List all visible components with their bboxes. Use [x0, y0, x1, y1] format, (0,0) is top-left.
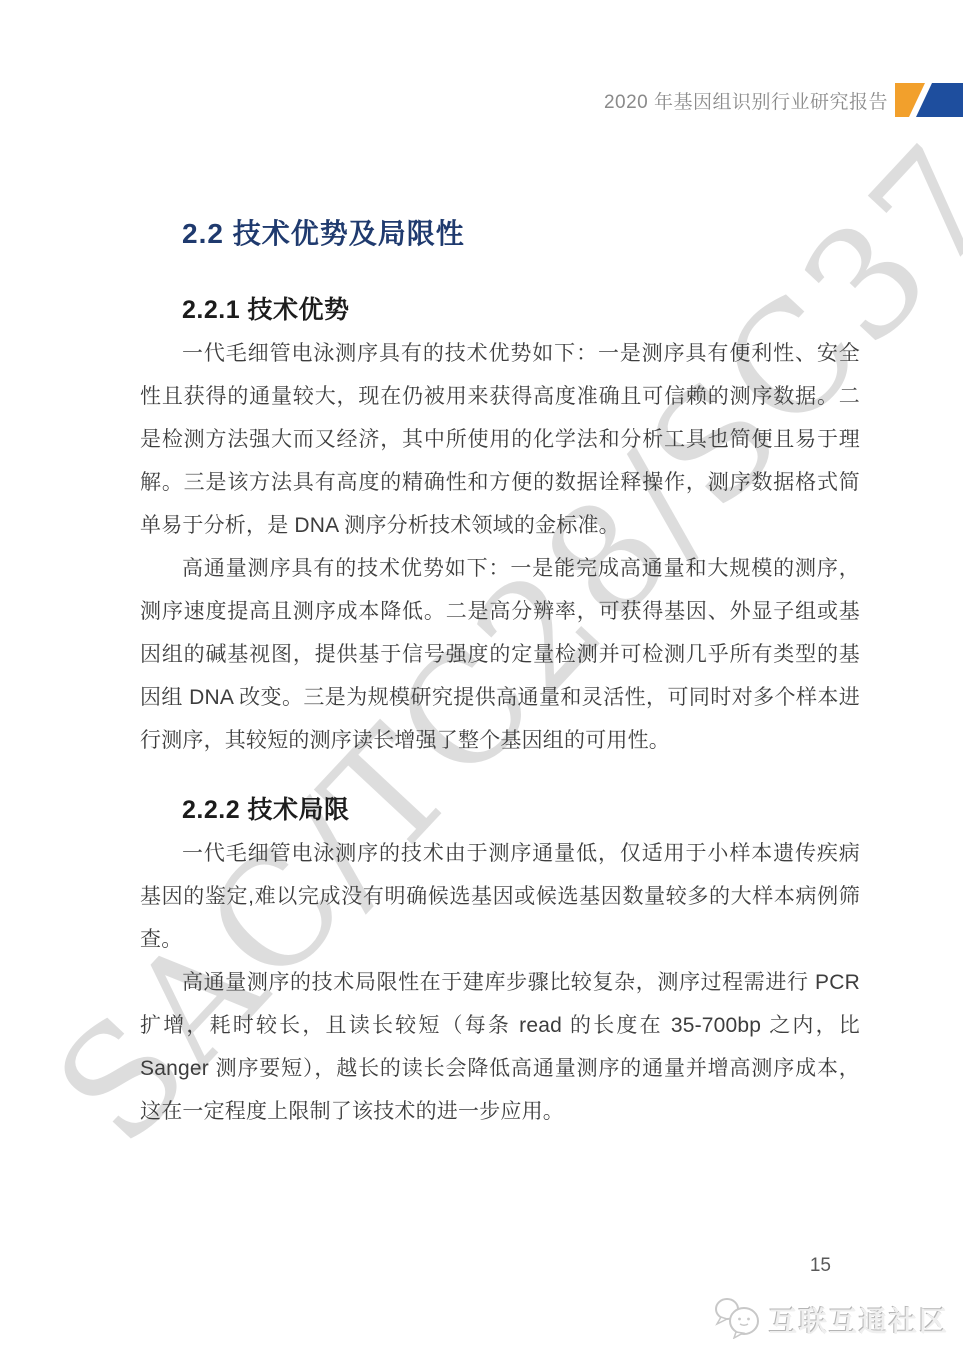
- subsection-title-limitations: 2.2.2 技术局限: [182, 794, 860, 826]
- corner-flag-icon: [895, 82, 963, 118]
- header-title: 2020 年基因组识别行业研究报告: [604, 87, 888, 114]
- page-header: 2020 年基因组识别行业研究报告: [0, 80, 963, 120]
- paragraph: 一代毛细管电泳测序具有的技术优势如下：一是测序具有便利性、安全性且获得的通量较大…: [140, 332, 860, 547]
- paragraph: 高通量测序的技术局限性在于建库步骤比较复杂，测序过程需进行 PCR 扩增，耗时较…: [140, 961, 860, 1133]
- footer-logo: 互联互通社区: [713, 1295, 949, 1344]
- document-page: SAC/TC28/SC37 2020 年基因组识别行业研究报告 2.2 技术优势…: [0, 0, 963, 1360]
- subsection-title-advantages: 2.2.1 技术优势: [182, 294, 860, 326]
- paragraph: 高通量测序具有的技术优势如下：一是能完成高通量和大规模的测序，测序速度提高且测序…: [140, 547, 860, 762]
- document-body: 2.2 技术优势及局限性 2.2.1 技术优势 一代毛细管电泳测序具有的技术优势…: [140, 0, 860, 1133]
- footer-logo-text: 互联互通社区: [769, 1300, 949, 1340]
- paragraph: 一代毛细管电泳测序的技术由于测序通量低，仅适用于小样本遗传疾病基因的鉴定,难以完…: [140, 832, 860, 961]
- page-number: 15: [810, 1255, 831, 1277]
- section-title: 2.2 技术优势及局限性: [182, 216, 860, 252]
- chat-bubbles-icon: [713, 1295, 763, 1344]
